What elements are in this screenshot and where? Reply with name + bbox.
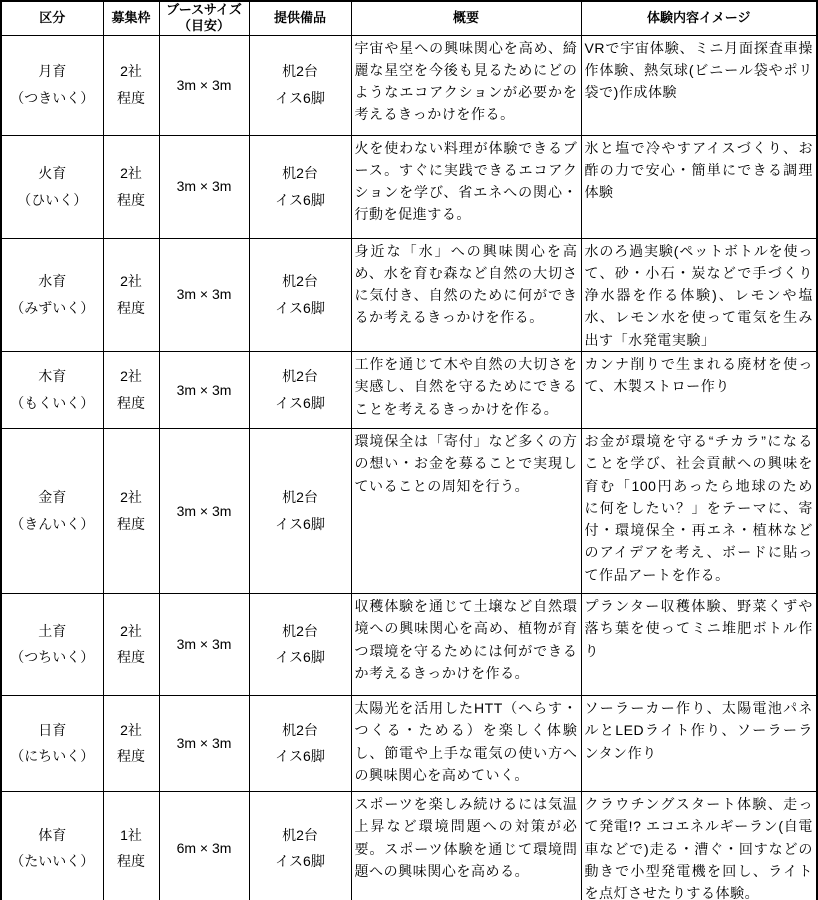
- cell-division: 金育 （きんいく）: [1, 428, 103, 593]
- cell-overview: 環境保全は「寄付」など多くの方の想い・お金を募ることで実現していることの周知を行…: [351, 428, 581, 593]
- cell-experience: クラウチングスタート体験、走って発電!? エコエネルギーラン(自電車などで)走る…: [581, 791, 817, 900]
- cell-equipment: 机2台 イス6脚: [249, 35, 351, 135]
- cell-overview: 宇宙や星への興味関心を高め、綺麗な星空を今後も見るためにどのようなエコアクション…: [351, 35, 581, 135]
- cell-experience: 水のろ過実験(ペットボトルを使って、砂・小石・炭などで手づくり浄水器を作る体験)…: [581, 238, 817, 351]
- cell-slots: 2社 程度: [103, 593, 159, 695]
- cell-division: 木育 （もくいく）: [1, 351, 103, 428]
- cell-experience: お金が環境を守る“チカラ”になることを学び、社会貢献への興味を育む「100円あっ…: [581, 428, 817, 593]
- cell-slots: 2社 程度: [103, 695, 159, 791]
- cell-equipment: 机2台 イス6脚: [249, 238, 351, 351]
- cell-overview: 太陽光を活用したHTT（へらす・つくる・ためる）を楽しく体験し、節電や上手な電気…: [351, 695, 581, 791]
- cell-size: 3m × 3m: [159, 35, 249, 135]
- cell-experience: 氷と塩で冷やすアイスづくり、お酢の力で安心・簡単にできる調理体験: [581, 135, 817, 238]
- cell-slots: 2社 程度: [103, 238, 159, 351]
- cell-division: 日育 （にちいく）: [1, 695, 103, 791]
- cell-size: 3m × 3m: [159, 135, 249, 238]
- cell-size: 3m × 3m: [159, 238, 249, 351]
- cell-overview: 収穫体験を通じて土壌など自然環境への興味関心を高め、植物が育つ環境を守るためには…: [351, 593, 581, 695]
- table-row-nichiiku: 日育 （にちいく） 2社 程度 3m × 3m 机2台 イス6脚 太陽光を活用し…: [1, 695, 817, 791]
- cell-overview: 工作を通じて木や自然の大切さを実感し、自然を守るためにできることを考えるきっかけ…: [351, 351, 581, 428]
- cell-size: 3m × 3m: [159, 695, 249, 791]
- table-row-kiniku: 金育 （きんいく） 2社 程度 3m × 3m 机2台 イス6脚 環境保全は「寄…: [1, 428, 817, 593]
- cell-overview: 火を使わない料理が体験できるブース。すぐに実践できるエコアクションを学び、省エネ…: [351, 135, 581, 238]
- cell-slots: 2社 程度: [103, 351, 159, 428]
- cell-slots: 1社 程度: [103, 791, 159, 900]
- header-slots: 募集枠: [103, 1, 159, 35]
- booth-info-table: 区分 募集枠 ブースサイズ （目安） 提供備品 概要 体験内容イメージ 月育 （…: [0, 0, 818, 900]
- header-size: ブースサイズ （目安）: [159, 1, 249, 35]
- table-row-tsuchiiku: 土育 （つちいく） 2社 程度 3m × 3m 机2台 イス6脚 収穫体験を通じ…: [1, 593, 817, 695]
- header-experience: 体験内容イメージ: [581, 1, 817, 35]
- cell-equipment: 机2台 イス6脚: [249, 428, 351, 593]
- cell-slots: 2社 程度: [103, 35, 159, 135]
- cell-division: 月育 （つきいく）: [1, 35, 103, 135]
- header-equipment: 提供備品: [249, 1, 351, 35]
- cell-size: 6m × 3m: [159, 791, 249, 900]
- cell-slots: 2社 程度: [103, 428, 159, 593]
- cell-experience: VRで宇宙体験、ミニ月面探査車操作体験、熱気球(ビニール袋やポリ袋で)作成体験: [581, 35, 817, 135]
- cell-division: 体育 （たいいく）: [1, 791, 103, 900]
- table-row-mokuiku: 木育 （もくいく） 2社 程度 3m × 3m 机2台 イス6脚 工作を通じて木…: [1, 351, 817, 428]
- cell-equipment: 机2台 イス6脚: [249, 791, 351, 900]
- table-row-mizuiku: 水育 （みずいく） 2社 程度 3m × 3m 机2台 イス6脚 身近な「水」へ…: [1, 238, 817, 351]
- table-row-taiiku: 体育 （たいいく） 1社 程度 6m × 3m 机2台 イス6脚 スポーツを楽し…: [1, 791, 817, 900]
- cell-slots: 2社 程度: [103, 135, 159, 238]
- cell-equipment: 机2台 イス6脚: [249, 135, 351, 238]
- cell-size: 3m × 3m: [159, 351, 249, 428]
- header-row: 区分 募集枠 ブースサイズ （目安） 提供備品 概要 体験内容イメージ: [1, 1, 817, 35]
- cell-equipment: 机2台 イス6脚: [249, 593, 351, 695]
- cell-overview: スポーツを楽しみ続けるには気温上昇など環境問題への対策が必要。スポーツ体験を通じ…: [351, 791, 581, 900]
- header-overview: 概要: [351, 1, 581, 35]
- cell-division: 火育 （ひいく）: [1, 135, 103, 238]
- table-row-tsukiiku: 月育 （つきいく） 2社 程度 3m × 3m 机2台 イス6脚 宇宙や星への興…: [1, 35, 817, 135]
- cell-size: 3m × 3m: [159, 428, 249, 593]
- cell-equipment: 机2台 イス6脚: [249, 351, 351, 428]
- cell-size: 3m × 3m: [159, 593, 249, 695]
- header-division: 区分: [1, 1, 103, 35]
- cell-experience: プランター収穫体験、野菜くずや落ち葉を使ってミニ堆肥ボトル作り: [581, 593, 817, 695]
- cell-overview: 身近な「水」への興味関心を高め、水を育む森など自然の大切さに気付き、自然のために…: [351, 238, 581, 351]
- cell-experience: ソーラーカー作り、太陽電池パネルとLEDライト作り、ソーラーランタン作り: [581, 695, 817, 791]
- cell-experience: カンナ削りで生まれる廃材を使って、木製ストロー作り: [581, 351, 817, 428]
- table-row-hiiku: 火育 （ひいく） 2社 程度 3m × 3m 机2台 イス6脚 火を使わない料理…: [1, 135, 817, 238]
- cell-equipment: 机2台 イス6脚: [249, 695, 351, 791]
- cell-division: 土育 （つちいく）: [1, 593, 103, 695]
- cell-division: 水育 （みずいく）: [1, 238, 103, 351]
